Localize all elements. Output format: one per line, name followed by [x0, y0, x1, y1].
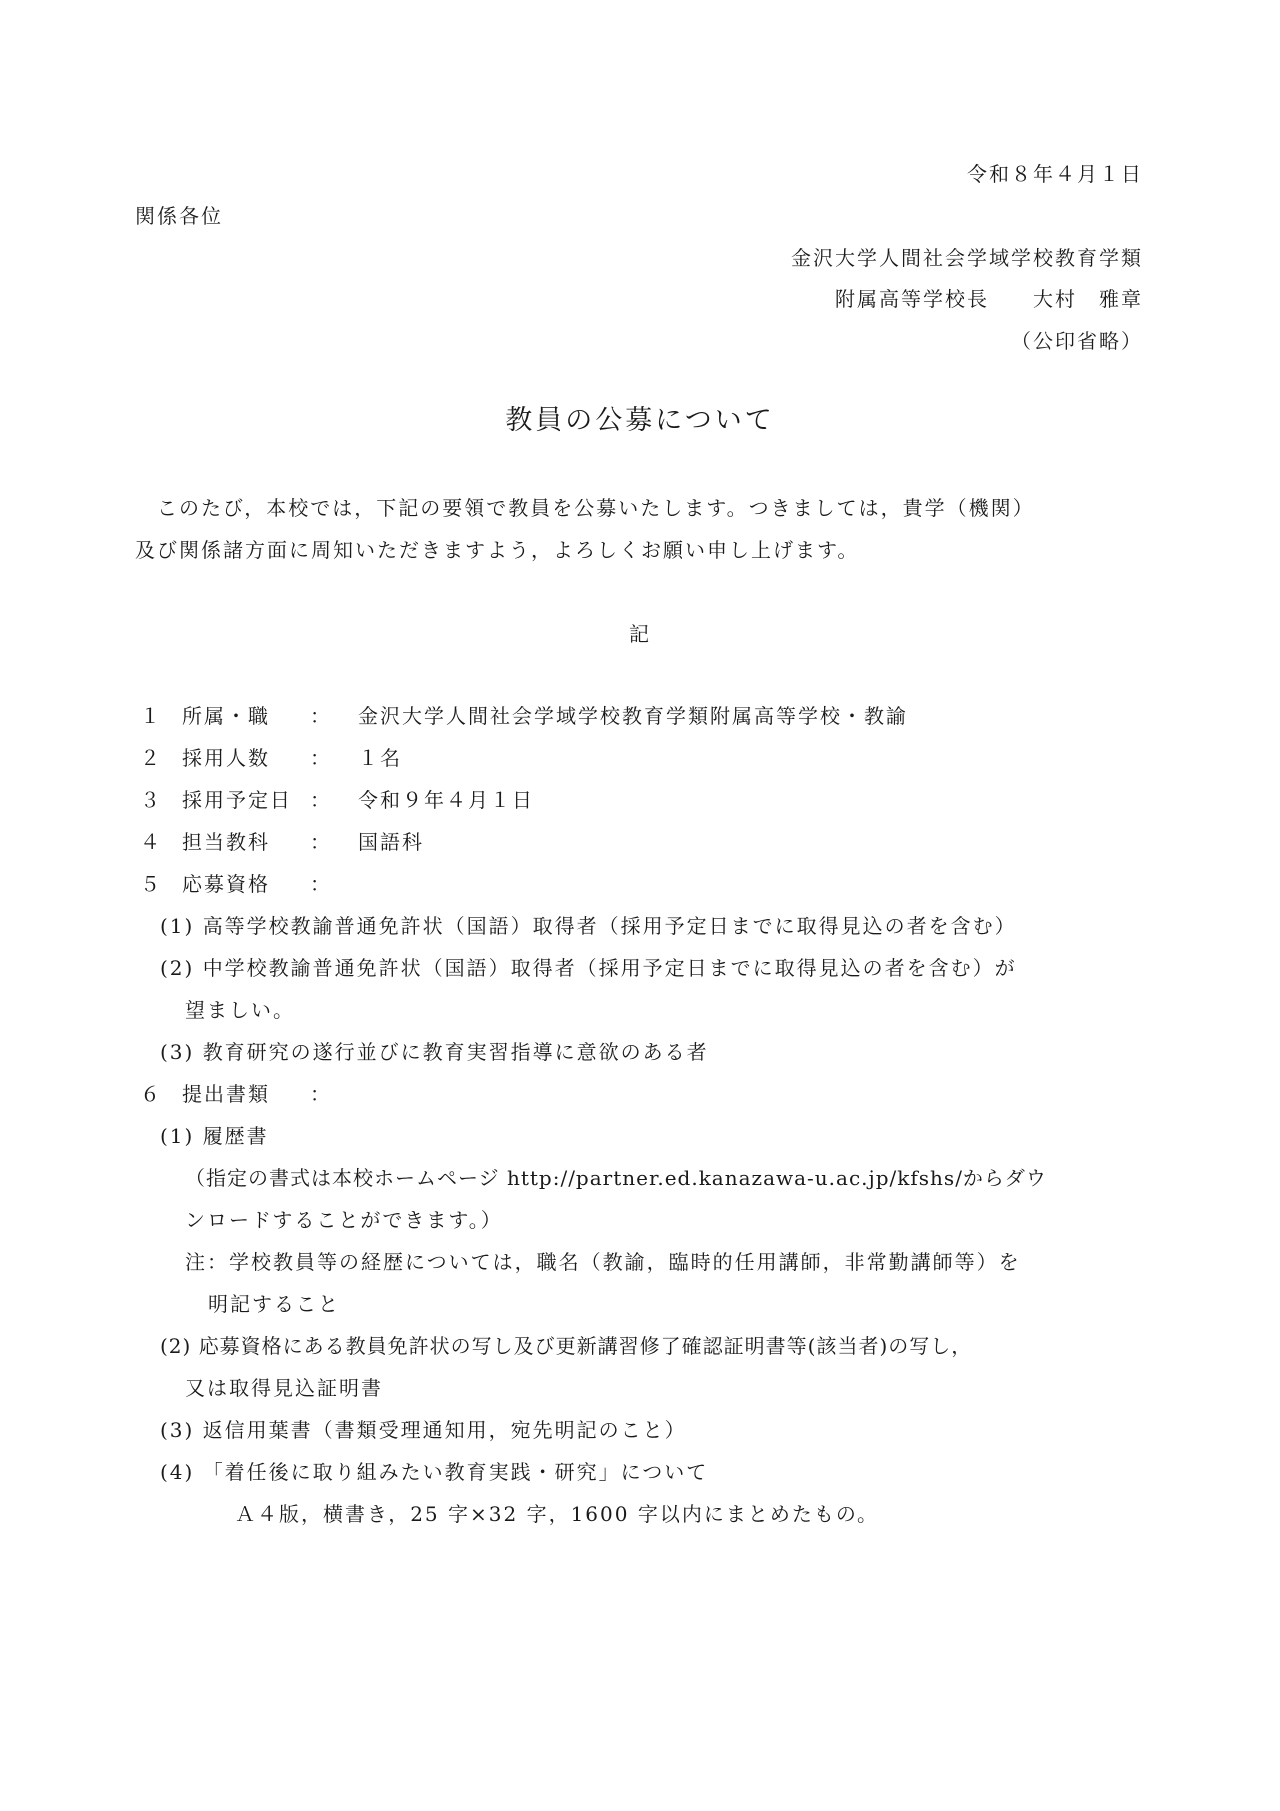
item-colon: ：	[310, 1080, 358, 1108]
item-colon: ：	[310, 786, 358, 814]
qualification-2: (2) 中学校教諭普通免許状（国語）取得者（採用予定日までに取得見込の者を含む）…	[160, 954, 1017, 982]
intro-line-1: このたび，本校では，下記の要領で教員を公募いたします。つきましては，貴学（機関）	[135, 494, 1035, 522]
document-1-caution-cont: 明記すること	[208, 1290, 340, 1318]
item-6: ６提出書類：	[140, 1080, 358, 1108]
item-colon: ：	[310, 744, 358, 772]
addressee: 関係各位	[135, 202, 223, 230]
item-number: ４	[140, 828, 182, 856]
qualification-3: (3) 教育研究の遂行並びに教育実習指導に意欲のある者	[160, 1038, 709, 1066]
item-number: １	[140, 702, 182, 730]
item-label: 所属・職	[182, 702, 310, 730]
item-number: ２	[140, 744, 182, 772]
item-label: 採用人数	[182, 744, 310, 772]
item-value: １名	[358, 746, 402, 770]
item-value: 金沢大学人間社会学域学校教育学類附属高等学校・教諭	[358, 704, 908, 728]
seal-note: （公印省略）	[1011, 327, 1143, 355]
ki-heading: 記	[0, 620, 1280, 648]
document-4: (4) 「着任後に取り組みたい教育実践・研究」について	[160, 1458, 708, 1486]
item-number: ３	[140, 786, 182, 814]
intro-line-2: 及び関係諸方面に周知いただきますよう，よろしくお願い申し上げます。	[135, 536, 859, 564]
document-2-cont: 又は取得見込証明書	[185, 1374, 383, 1402]
item-label: 担当教科	[182, 828, 310, 856]
item-5: ５応募資格：	[140, 870, 358, 898]
date: 令和８年４月１日	[967, 160, 1143, 188]
document-2: (2) 応募資格にある教員免許状の写し及び更新講習修了確認証明書等(該当者)の写…	[160, 1332, 972, 1360]
item-value: 令和９年４月１日	[358, 788, 534, 812]
item-number: ５	[140, 870, 182, 898]
item-3: ３採用予定日：令和９年４月１日	[140, 786, 534, 814]
item-number: ６	[140, 1080, 182, 1108]
item-4: ４担当教科：国語科	[140, 828, 424, 856]
sender-org: 金沢大学人間社会学域学校教育学類	[791, 244, 1143, 272]
item-2: ２採用人数：１名	[140, 744, 402, 772]
item-colon: ：	[310, 870, 358, 898]
sender-title: 附属高等学校長 大村 雅章	[835, 285, 1143, 313]
page-title: 教員の公募について	[0, 407, 1280, 435]
item-colon: ：	[310, 702, 358, 730]
qualification-2-cont: 望ましい。	[185, 996, 295, 1024]
item-label: 応募資格	[182, 870, 310, 898]
item-label: 提出書類	[182, 1080, 310, 1108]
document-4-detail: Ａ４版，横書き，25 字×32 字，1600 字以内にまとめたもの。	[235, 1500, 879, 1528]
item-value: 国語科	[358, 830, 424, 854]
document-1-note: （指定の書式は本校ホームページ http://partner.ed.kanaza…	[185, 1164, 1047, 1192]
document-3: (3) 返信用葉書（書類受理通知用，宛先明記のこと）	[160, 1416, 687, 1444]
qualification-1: (1) 高等学校教諭普通免許状（国語）取得者（採用予定日までに取得見込の者を含む…	[160, 912, 1017, 940]
document-1-note-cont: ンロードすることができます。）	[185, 1206, 503, 1234]
item-1: １所属・職：金沢大学人間社会学域学校教育学類附属高等学校・教諭	[140, 702, 908, 730]
item-label: 採用予定日	[182, 786, 310, 814]
item-colon: ：	[310, 828, 358, 856]
document-1-caution: 注：学校教員等の経歴については，職名（教諭，臨時的任用講師，非常勤講師等）を	[185, 1248, 1021, 1276]
document-1: (1) 履歴書	[160, 1122, 269, 1150]
